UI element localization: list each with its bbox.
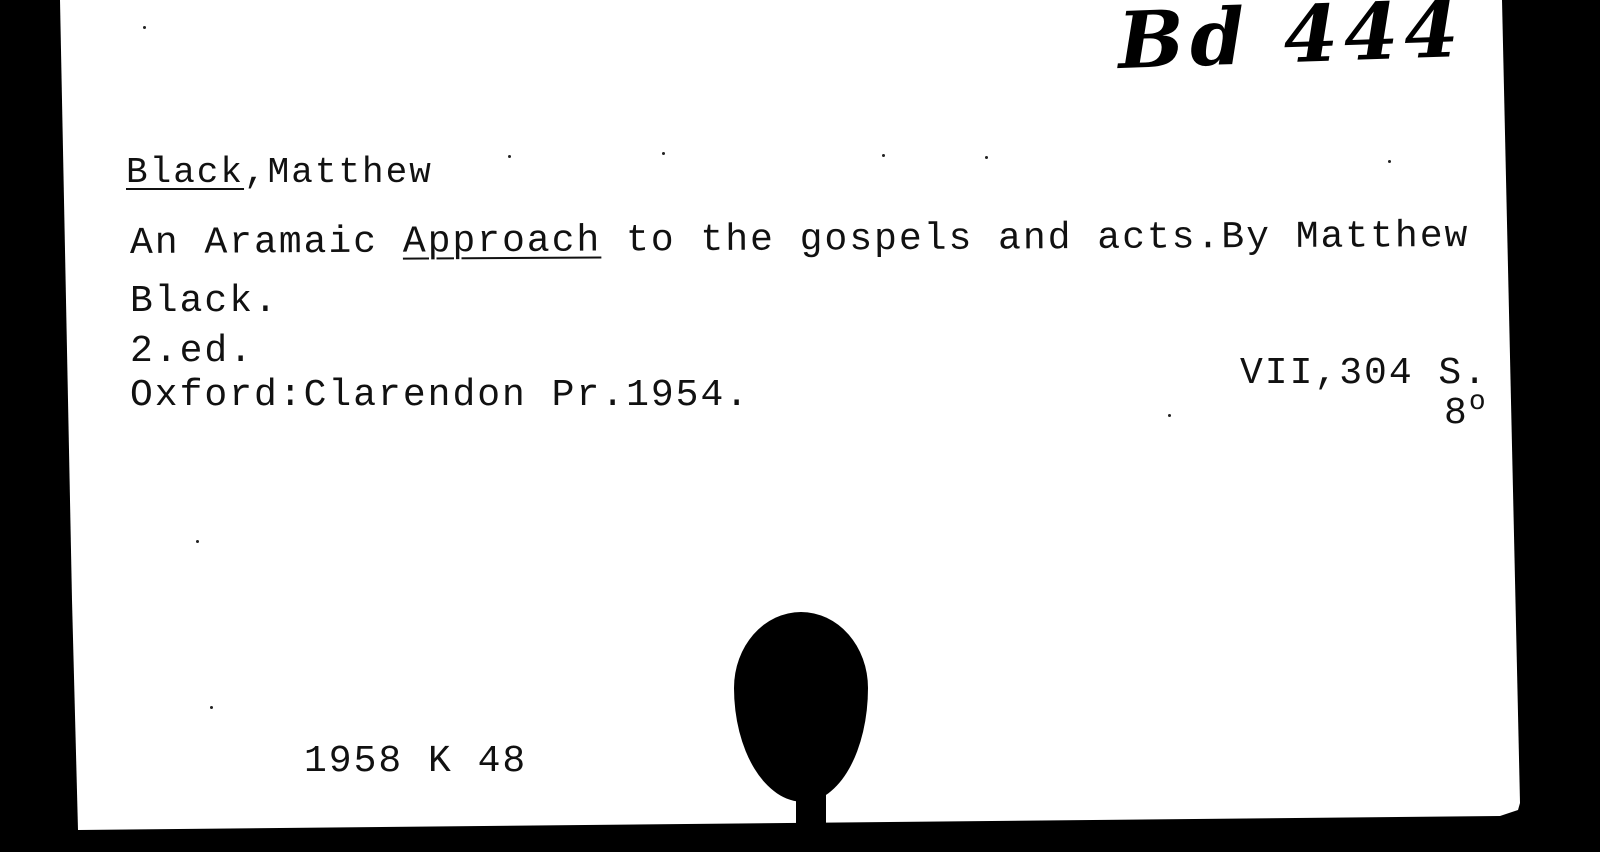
speck — [143, 26, 146, 29]
speck — [985, 156, 988, 159]
author-given-name: ,Matthew — [244, 152, 433, 193]
speck — [882, 154, 885, 157]
title-continuation: Black. — [130, 280, 279, 323]
author-heading: Black,Matthew — [126, 152, 433, 193]
speck — [210, 706, 213, 709]
speck — [508, 155, 511, 158]
title-keyword: Approach — [403, 220, 602, 264]
format: 8o — [1444, 392, 1488, 435]
collation: VII,304 S. — [1240, 352, 1488, 395]
call-number: Bd 444 — [1117, 0, 1466, 87]
title-suffix: to the gospels and acts.By Matthew — [601, 215, 1469, 263]
speck — [196, 540, 199, 543]
speck — [1168, 414, 1171, 417]
title-line: An Aramaic Approach to the gospels and a… — [130, 215, 1470, 265]
imprint: Oxford:Clarendon Pr.1954. — [130, 374, 750, 417]
edition: 2.ed. — [130, 330, 254, 373]
accession-number: 1958 K 48 — [304, 740, 527, 783]
format-number: 8 — [1444, 392, 1469, 435]
punch-hole-slot — [796, 780, 826, 840]
author-surname: Black — [126, 152, 244, 193]
speck — [1388, 160, 1391, 163]
title-prefix: An Aramaic — [130, 221, 403, 265]
speck — [662, 152, 665, 155]
format-superscript: o — [1469, 387, 1488, 418]
